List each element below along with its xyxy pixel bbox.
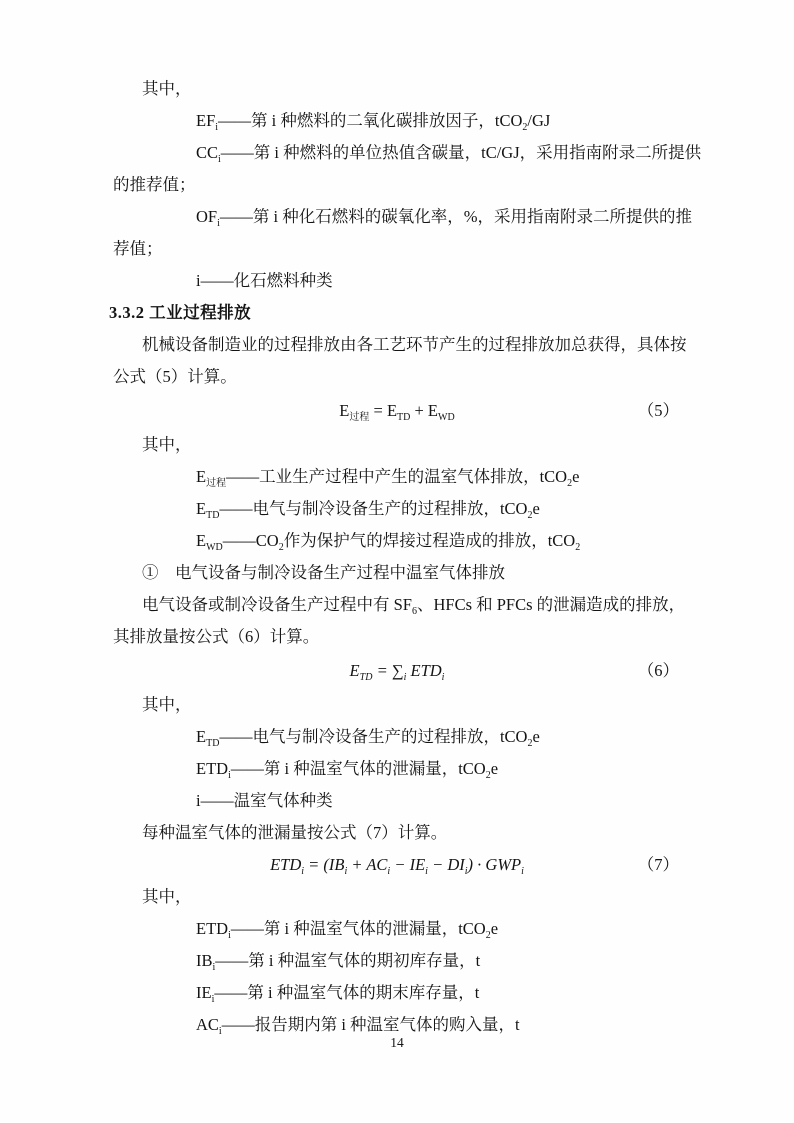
text-run: + AC [347,855,387,874]
subscript-text: 2 [486,770,491,781]
subscript-text: WD [206,542,223,553]
text-run: ——CO [223,531,279,550]
text-run: 3.3.2 工业过程排放 [109,303,251,322]
definition-i-fuel: i——化石燃料种类 [113,265,681,297]
paragraph-leakage-continued: 其排放量按公式（6）计算。 [113,621,681,653]
text-run: ——工业生产过程中产生的温室气体排放，tCO [226,467,567,486]
text-run: IE [196,983,212,1002]
subscript-text: 2 [486,930,491,941]
text-run: 荐值； [113,239,163,258]
definition-ofi-continued: 荐值； [113,233,681,265]
subscript-text: 过程 [349,412,369,423]
definition-i-gas: i——温室气体种类 [113,785,681,817]
subscript-text: i [218,154,221,165]
text-run: 机械设备制造业的过程排放由各工艺环节产生的过程排放加总获得，具体按 [142,335,687,354]
text-run: ——第 i 种温室气体的期末库存量，t [214,983,479,1002]
text-run: i——化石燃料种类 [196,271,333,290]
equation-formula: ETD = ∑i ETDi [350,653,445,692]
subscript-text: i [344,866,347,877]
where-clause-2: 其中， [113,429,681,461]
paragraph-leakage: 电气设备或制冷设备生产过程中有 SF6、HFCs 和 PFCs 的泄漏造成的排放… [113,589,681,621]
text-run: 每种温室气体的泄漏量按公式（7）计算。 [142,823,447,842]
subscript-text: i [213,962,216,973]
text-run: 作为保护气的焊接过程造成的排放，tCO [284,531,576,550]
document-content: 其中，EFi——第 i 种燃料的二氧化碳排放因子，tCO2/GJCCi——第 i… [113,73,681,1041]
text-run: ① 电气设备与制冷设备生产过程中温室气体排放 [142,563,505,582]
text-run: ——第 i 种燃料的单位热值含碳量，tC/GJ，采用指南附录二所提供 [221,143,701,162]
text-run: e [532,727,539,746]
text-run: i——温室气体种类 [196,791,333,810]
subscript-text: 2 [527,738,532,749]
paragraph-process-intro-continued: 公式（5）计算。 [113,361,681,393]
text-run: ETD [406,661,441,680]
subscript-text: i [387,866,390,877]
definition-etdi-2: ETDi——第 i 种温室气体的泄漏量，tCO2e [113,913,681,945]
definition-ewd: EWD——CO2作为保护气的焊接过程造成的排放，tCO2 [113,525,681,557]
subscript-text: i [465,866,468,877]
text-run: = (IB [304,855,344,874]
subscript-text: i [442,672,445,683]
text-run: 公式（5）计算。 [113,367,237,386]
text-run: e [532,499,539,518]
equation-number: （6） [638,653,679,689]
where-clause-3: 其中， [113,689,681,721]
definition-etd-1: ETD——电气与制冷设备生产的过程排放，tCO2e [113,493,681,525]
text-run: e [491,919,498,938]
text-run: E [196,531,206,550]
text-run: E [350,661,360,680]
definition-ibi: IBi——第 i 种温室气体的期初库存量，t [113,945,681,977]
equation-5: E过程 = ETD + EWD（5） [113,393,681,429]
subscript-text: 过程 [206,478,226,489]
text-run: OF [196,207,217,226]
text-run: 其中， [142,887,192,906]
subscript-text: i [404,672,407,683]
equation-6: ETD = ∑i ETDi（6） [113,653,681,689]
subscript-text: 2 [279,542,284,553]
subscript-text: WD [438,412,455,423]
subscript-text: i [215,122,218,133]
numbered-item-1: ① 电气设备与制冷设备生产过程中温室气体排放 [113,557,681,589]
page-number: 14 [0,1034,794,1052]
definition-cci-continued: 的推荐值； [113,169,681,201]
subscript-text: TD [206,738,219,749]
text-run: = ∑ [372,661,403,680]
subscript-text: 2 [567,478,572,489]
text-run: ——第 i 种化石燃料的碳氧化率，%，采用指南附录二所提供的推 [220,207,692,226]
equation-7: ETDi = (IBi + ACi − IEi − DIi) · GWPi（7） [113,849,681,881]
text-run: E [339,401,349,420]
subscript-text: i [217,218,220,229]
subscript-text: i [228,770,231,781]
text-run: ——第 i 种温室气体的泄漏量，tCO [231,919,486,938]
subscript-text: TD [206,510,219,521]
definition-ofi: OFi——第 i 种化石燃料的碳氧化率，%，采用指南附录二所提供的推 [113,201,681,233]
text-run: 其中， [142,695,192,714]
subscript-text: 2 [522,122,527,133]
definition-etd-2: ETD——电气与制冷设备生产的过程排放，tCO2e [113,721,681,753]
equation-formula: ETDi = (IBi + ACi − IEi − DIi) · GWPi [270,849,524,884]
text-run: 其排放量按公式（6）计算。 [113,627,319,646]
text-run: CC [196,143,218,162]
text-run: /GJ [527,111,550,130]
text-run: 其中， [142,435,192,454]
text-run: e [572,467,579,486]
text-run: ) · GWP [468,855,522,874]
equation-number: （7） [638,849,679,881]
definition-efi: EFi——第 i 种燃料的二氧化碳排放因子，tCO2/GJ [113,105,681,137]
text-run: IB [196,951,213,970]
document-page: 其中，EFi——第 i 种燃料的二氧化碳排放因子，tCO2/GJCCi——第 i… [0,0,794,1123]
subscript-text: TD [360,672,373,683]
text-run: 其中， [142,79,192,98]
text-run: E [196,467,206,486]
text-run: − DI [428,855,465,874]
subscript-text: TD [397,412,410,423]
paragraph-process-intro: 机械设备制造业的过程排放由各工艺环节产生的过程排放加总获得，具体按 [113,329,681,361]
text-run: ——电气与制冷设备生产的过程排放，tCO [219,727,527,746]
equation-number: （5） [638,393,679,429]
equation-formula: E过程 = ETD + EWD [339,393,454,432]
definition-iei: IEi——第 i 种温室气体的期末库存量，t [113,977,681,1009]
text-run: ——报告期内第 i 种温室气体的购入量，t [222,1015,520,1034]
where-clause-4: 其中， [113,881,681,913]
text-run: ——电气与制冷设备生产的过程排放，tCO [219,499,527,518]
text-run: 、HFCs 和 PFCs 的泄漏造成的排放， [417,595,685,614]
subscript-text: 2 [527,510,532,521]
section-heading-332: 3.3.2 工业过程排放 [109,297,681,329]
text-run: ETD [196,759,228,778]
subscript-text: i [425,866,428,877]
subscript-text: 2 [575,542,580,553]
definition-cci: CCi——第 i 种燃料的单位热值含碳量，tC/GJ，采用指南附录二所提供 [113,137,681,169]
text-run: E [196,499,206,518]
subscript-text: i [521,866,524,877]
text-run: 电气设备或制冷设备生产过程中有 SF [142,595,412,614]
text-run: ——第 i 种温室气体的泄漏量，tCO [231,759,486,778]
text-run: 的推荐值； [113,175,196,194]
text-run: ETD [196,919,228,938]
text-run: ——第 i 种温室气体的期初库存量，t [215,951,480,970]
subscript-text: i [301,866,304,877]
text-run: E [196,727,206,746]
text-run: − IE [390,855,425,874]
where-clause-1: 其中， [113,73,681,105]
subscript-text: 6 [412,606,417,617]
subscript-text: i [228,930,231,941]
paragraph-leakage-formula7: 每种温室气体的泄漏量按公式（7）计算。 [113,817,681,849]
text-run: AC [196,1015,219,1034]
subscript-text: i [212,994,215,1005]
text-run: ——第 i 种燃料的二氧化碳排放因子，tCO [218,111,522,130]
text-run: + E [410,401,438,420]
text-run: EF [196,111,215,130]
text-run: e [491,759,498,778]
definition-etdi-1: ETDi——第 i 种温室气体的泄漏量，tCO2e [113,753,681,785]
definition-e-process: E过程——工业生产过程中产生的温室气体排放，tCO2e [113,461,681,493]
text-run: ETD [270,855,301,874]
text-run: = E [369,401,397,420]
